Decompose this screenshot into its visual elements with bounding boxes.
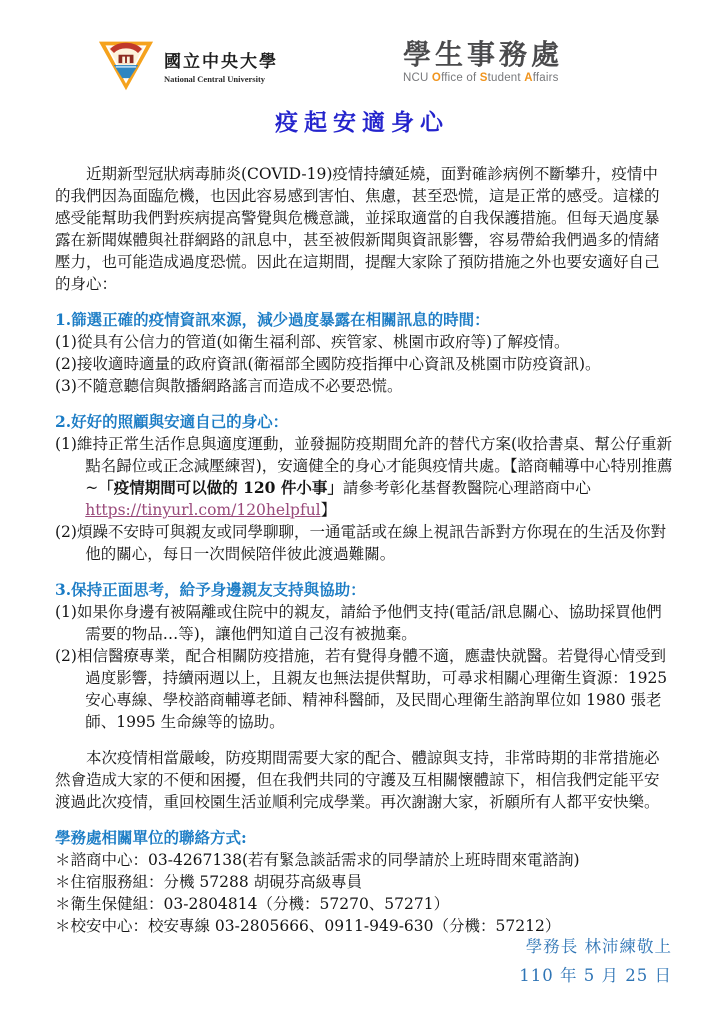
text-segment: (2)相信醫療專業，配合相關防疫措施，若有覺得身體不適，應盡快就醫。若覺得心情受… [55,647,667,731]
text-segment: 「疫情期間可以做的 120 件小事」 [98,478,343,497]
university-name-en: National Central University [164,74,278,84]
section-1-item-3: (3)不隨意聽信與散播網路謠言而造成不必要恐慌。 [55,375,673,397]
office-name-en: NCU Office of Student Affairs [403,72,563,84]
university-name-cn: 國立中央大學 [164,47,278,72]
section-1-item-2: (2)接收適時適量的政府資訊(衛福部全國防疫指揮中心資訊及桃園市防疫資訊)。 [55,353,673,375]
page-header: 國立中央大學 National Central University 學生事務處… [0,36,724,106]
section-1-heading: 1.篩選正確的疫情資訊來源，減少過度暴露在相關訊息的時間： [55,309,673,331]
section-2-item-1: (1)維持正常生活作息與適度運動，並發掘防疫期間允許的替代方案(收拾書桌、幫公仔… [55,433,673,521]
section-1-item-1: (1)從具有公信力的管道(如衛生福利部、疾管家、桃園市政府等)了解疫情。 [55,331,673,353]
text-segment: ＊衛生保健組：03-2804814（分機：57270、57271） [55,895,449,913]
office-name-en-segment: NCU [403,72,432,84]
text-segment: (3)不隨意聽信與散播網路謠言而造成不必要恐慌。 [55,377,402,395]
text-segment: (1)從具有公信力的管道(如衛生福利部、疾管家、桃園市政府等)了解疫情。 [55,333,570,351]
tinyurl-120helpful-link[interactable]: https://tinyurl.com/120helpful [85,501,320,519]
text-segment: (2)煩躁不安時可與親友或同學聊聊，一通電話或在線上視訊告訴對方你現在的生活及你… [55,523,666,563]
office-name-en-segment: A [524,72,533,84]
signature-block: 學務長 林沛練敬上 110 年 5 月 25 日 [519,932,672,990]
text-segment: 2.好好的照顧與安適自己的身心： [55,412,288,431]
university-name-block: 國立中央大學 National Central University [164,47,278,84]
text-segment: ＊校安中心：校安專線 03-2805666、0911-949-630（分機：57… [55,917,560,935]
office-name-cn: 學生事務處 [403,40,563,69]
office-name-en-segment: O [432,72,441,84]
university-logo: 國立中央大學 National Central University [98,38,278,92]
text-segment: 3.保持正面思考，給予身邊親友支持與協助： [55,580,366,599]
closing-paragraph: 本次疫情相當嚴峻，防疫期間需要大家的配合、體諒與支持，非常時期的非常措施必然會造… [55,747,673,813]
contact-health-section: ＊衛生保健組：03-2804814（分機：57270、57271） [55,893,673,915]
text-segment: ＊住宿服務組：分機 57288 胡硯芬高級專員 [55,873,362,891]
section-2-heading: 2.好好的照顧與安適自己的身心： [55,411,673,433]
document-page: 國立中央大學 National Central University 學生事務處… [0,0,724,1024]
office-name-en-segment: S [480,72,488,84]
contacts-heading: 學務處相關單位的聯絡方式: [55,827,673,849]
text-segment: 】 [321,501,337,519]
text-segment: 本次疫情相當嚴峻，防疫期間需要大家的配合、體諒與支持，非常時期的非常措施必然會造… [55,749,660,811]
office-name-en-segment: ffairs [533,72,559,84]
section-2-item-2: (2)煩躁不安時可與親友或同學聊聊，一通電話或在線上視訊告訴對方你現在的生活及你… [55,521,673,565]
section-3-heading: 3.保持正面思考，給予身邊親友支持與協助： [55,579,673,601]
intro-paragraph: 近期新型冠狀病毒肺炎(COVID-19)疫情持續延燒，面對確診病例不斷攀升，疫情… [55,163,673,295]
office-name-en-segment: ffice of [441,72,480,84]
contact-counseling-center: ＊諮商中心：03-4267138(若有緊急談話需求的同學請於上班時間來電諮詢) [55,849,673,871]
document-body: 近期新型冠狀病毒肺炎(COVID-19)疫情持續延燒，面對確診病例不斷攀升，疫情… [55,163,673,937]
text-segment: (1)如果你身邊有被隔離或住院中的親友，請給予他們支持(電話/訊息關心、協助採買… [55,603,662,643]
signature-name: 學務長 林沛練敬上 [519,932,672,961]
ncu-triangle-emblem-icon [98,38,154,92]
text-segment: 近期新型冠狀病毒肺炎(COVID-19)疫情持續延燒，面對確診病例不斷攀升，疫情… [55,165,660,293]
signature-date: 110 年 5 月 25 日 [519,961,672,990]
text-segment: 學務處相關單位的聯絡方式: [55,828,247,847]
text-segment: 請參考彰化基督教醫院心理諮商中心 [343,479,591,497]
section-3-item-1: (1)如果你身邊有被隔離或住院中的親友，請給予他們支持(電話/訊息關心、協助採買… [55,601,673,645]
office-name-en-segment: tudent [488,72,525,84]
page-title: 疫起安適身心 [0,104,724,137]
text-segment: 1.篩選正確的疫情資訊來源，減少過度暴露在相關訊息的時間： [55,310,490,329]
text-segment: (2)接收適時適量的政府資訊(衛福部全國防疫指揮中心資訊及桃園市防疫資訊)。 [55,355,601,373]
office-of-student-affairs-logo: 學生事務處 NCU Office of Student Affairs [403,40,563,84]
section-3-item-2: (2)相信醫療專業，配合相關防疫措施，若有覺得身體不適，應盡快就醫。若覺得心情受… [55,645,673,733]
contact-housing-service: ＊住宿服務組：分機 57288 胡硯芬高級專員 [55,871,673,893]
text-segment: ＊諮商中心：03-4267138(若有緊急談話需求的同學請於上班時間來電諮詢) [55,851,580,869]
